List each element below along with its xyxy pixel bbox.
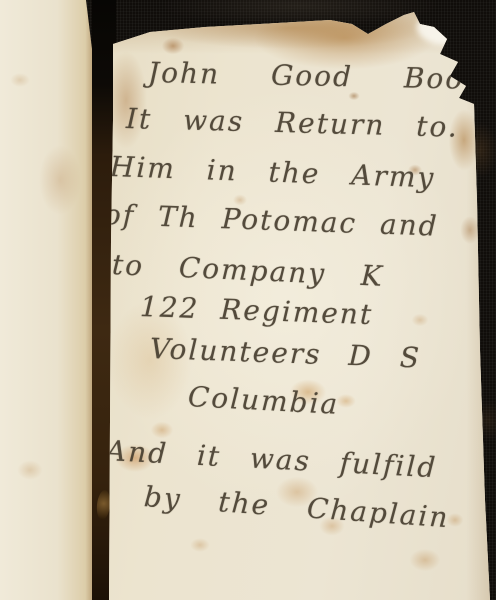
inscription-line: John Good Boo <box>148 56 465 96</box>
inscription-line: Him in the Army <box>109 150 435 194</box>
inscription-line: Columbia <box>187 380 340 421</box>
inscription-line: of Th Potomac and <box>103 198 439 243</box>
book-photo: John Good Boo It was Return to. Him in t… <box>0 0 496 600</box>
torn-corner-edge <box>413 12 461 50</box>
inscription-line: 122 Regiment <box>139 290 373 331</box>
inscription-line: to Company K <box>111 248 384 293</box>
inscription-line: Volunteers D S <box>149 332 421 374</box>
facing-page <box>0 0 104 600</box>
inscription-line: It was Return to. <box>126 102 460 144</box>
inscription-line: And it was fulfild <box>105 434 438 484</box>
inscription-line: by the Chaplain <box>143 480 451 534</box>
